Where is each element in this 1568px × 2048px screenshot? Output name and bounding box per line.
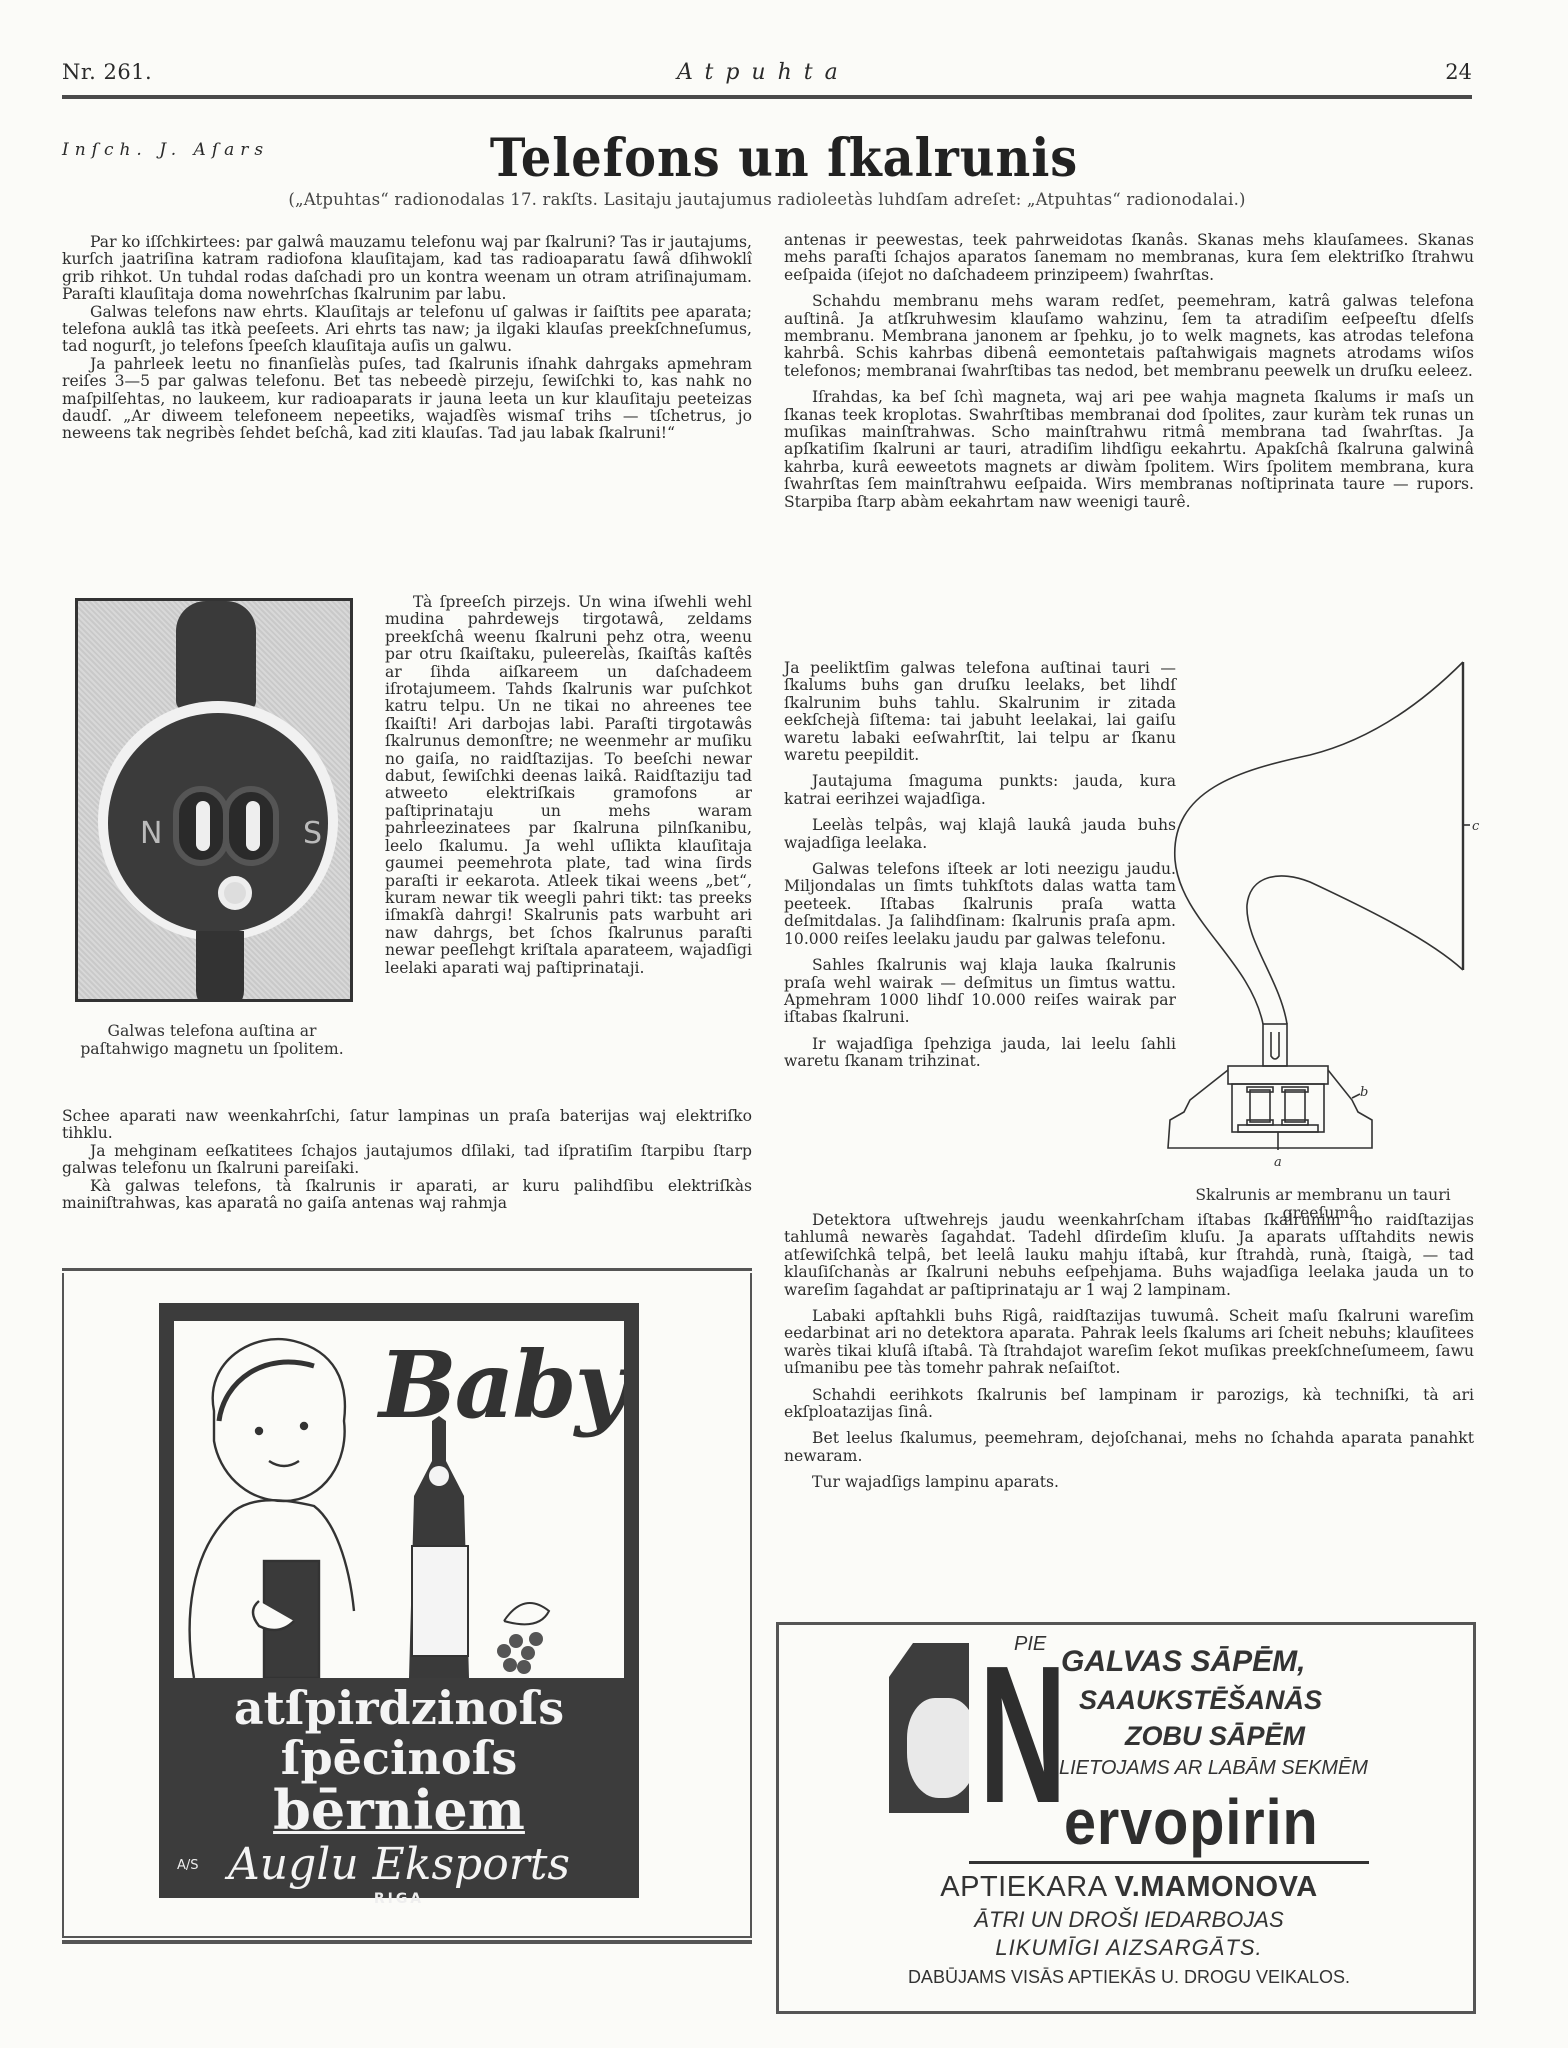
- ad-slogan-2: ſpēcinoſs: [159, 1735, 639, 1781]
- company-name: Auglu Eksports: [179, 1839, 619, 1890]
- masthead: Atpuhta: [677, 60, 850, 85]
- coil-slot: [246, 801, 260, 851]
- cord-icon: [176, 601, 256, 711]
- paragraph: Ja mehginam eeſkatitees ſchajos jautajum…: [62, 1143, 752, 1178]
- ad-line-4: LIETOJAMS AR LABĀM SEKMĒM: [1059, 1757, 1368, 1780]
- right-column-bottom: Detektora uſtwehrejs jaudu weenkahrſcham…: [784, 1212, 1474, 1492]
- product-name: ervopirin: [1064, 1785, 1319, 1859]
- company-city: RIGA: [159, 1891, 639, 1907]
- issue-number: Nr. 261.: [62, 60, 152, 84]
- left-column-top: Par ko iſſchkirtees: par galwâ mauzamu t…: [62, 234, 752, 443]
- left-column-narrow: Tà ſpreeſch pirzejs. Un wina iſwehli weh…: [385, 594, 752, 977]
- running-head: Nr. 261. Atpuhta 24: [62, 60, 1472, 98]
- maker: APTIEKARA V.MAMONOVA: [779, 1871, 1479, 1904]
- article-subtitle: („Atpuhtas“ radionodalas 17. rakſts. Las…: [62, 190, 1472, 209]
- paragraph: antenas ir peewestas, teek pahrweidotas …: [784, 232, 1474, 284]
- right-column-narrow: Ja peeliktſim galwas telefona auſtinai t…: [784, 660, 1176, 1071]
- ad-frame: Baby atſpirdzinoſs ſpēcinoſs bērniem A/S…: [159, 1303, 639, 1898]
- paragraph: Galwas telefons naw ehrts. Klauſitajs ar…: [62, 304, 752, 356]
- ad-illustration: Baby: [174, 1321, 624, 1678]
- left-column-bottom: Schee aparati naw weenkahrſchi, ſatur la…: [62, 1108, 752, 1212]
- photo-caption: Galwas telefona auſtina ar paſtahwigo ma…: [62, 1022, 362, 1058]
- tagline-2: LIKUMĪGI AIZSARGĀTS.: [779, 1935, 1479, 1961]
- paragraph: Schahdi eerihkots ſkalrunis beſ lampinam…: [784, 1387, 1474, 1422]
- nervopirin-advertisement: N PIE GALVAS SĀPĒM, SAAUKSTĒŠANĀS ZOBU S…: [776, 1622, 1476, 2014]
- product-underline: [969, 1861, 1369, 1864]
- face-icon: [907, 1698, 977, 1798]
- paragraph: Par ko iſſchkirtees: par galwâ mauzamu t…: [62, 234, 752, 304]
- paragraph: Detektora uſtwehrejs jaudu weenkahrſcham…: [784, 1212, 1474, 1299]
- ad-line-3: ZOBU SĀPĒM: [1125, 1721, 1305, 1752]
- earpiece-photo: N S: [75, 598, 353, 1002]
- paragraph: Kà galwas telefons, tà ſkalrunis ir apar…: [62, 1178, 752, 1213]
- cord-icon: [196, 931, 244, 1002]
- paragraph: Schahdu membranu mehs waram redſet, peem…: [784, 293, 1474, 380]
- article-title: Telefons un ſkalrunis: [63, 128, 1506, 189]
- suffering-man-illustration: [889, 1643, 969, 1813]
- right-column-top: antenas ir peewestas, teek pahrweidotas …: [784, 232, 1474, 511]
- paragraph: Labaki apſtahkli buhs Rigâ, raidſtazijas…: [784, 1308, 1474, 1378]
- paragraph: Sahles ſkalrunis waj klaja lauka ſkalrun…: [784, 957, 1176, 1027]
- section-rule: [62, 1940, 752, 1944]
- pole-label-south: S: [303, 816, 322, 851]
- header-rule: [62, 95, 1472, 99]
- ad-initial: N: [979, 1637, 1067, 1833]
- paragraph: Galwas telefons iſteek ar loti neezigu j…: [784, 861, 1176, 948]
- ad-brand: Baby: [379, 1331, 624, 1439]
- maker-name: V.MAMONOVA: [1115, 1871, 1318, 1903]
- section-rule: [62, 1268, 752, 1271]
- page-number: 24: [1445, 60, 1472, 84]
- ad-line-1: GALVAS SĀPĒM,: [1061, 1645, 1305, 1679]
- paragraph: Iſrahdas, ka beſ ſchì magneta, waj ari p…: [784, 389, 1474, 511]
- availability: DABŪJAMS VISĀS APTIEKĀS U. DROGU VEIKALO…: [779, 1967, 1479, 1988]
- paragraph: Tà ſpreeſch pirzejs. Un wina iſwehli weh…: [385, 594, 752, 977]
- paragraph: Ja pahrleek leetu no finanſielàs puſes, …: [62, 356, 752, 443]
- label-a: a: [1274, 1155, 1282, 1170]
- label-b: b: [1360, 1085, 1368, 1100]
- maker-prefix: APTIEKARA: [940, 1871, 1106, 1903]
- paragraph: Bet leelus ſkalumus, peemehram, dejoſcha…: [784, 1430, 1474, 1465]
- label-c: c: [1472, 819, 1480, 834]
- ad-slogan-3: bērniem: [159, 1783, 639, 1837]
- loudspeaker-horn-diagram: b c a: [1150, 620, 1490, 1180]
- ad-line-pie: PIE: [1014, 1633, 1046, 1656]
- coil-slot: [196, 801, 210, 851]
- paragraph: Jautajuma ſmaguma punkts: jauda, kura ka…: [784, 773, 1176, 808]
- screw-icon: [218, 876, 252, 910]
- tagline-1: ĀTRI UN DROŠI IEDARBOJAS: [779, 1907, 1479, 1933]
- paragraph: Tur wajadſigs lampinu aparats.: [784, 1474, 1474, 1491]
- ad-line-2: SAAUKSTĒŠANĀS: [1079, 1685, 1322, 1716]
- paragraph: Leelàs telpâs, waj klajâ laukâ jauda buh…: [784, 817, 1176, 852]
- paragraph: Ir wajadſiga ſpehziga jauda, lai leelu ſ…: [784, 1036, 1176, 1071]
- paragraph: Ja peeliktſim galwas telefona auſtinai t…: [784, 660, 1176, 764]
- paragraph: Schee aparati naw weenkahrſchi, ſatur la…: [62, 1108, 752, 1143]
- ad-slogan-1: atſpirdzinoſs: [159, 1685, 639, 1731]
- baby-advertisement: Baby atſpirdzinoſs ſpēcinoſs bērniem A/S…: [62, 1273, 752, 1938]
- pole-label-north: N: [140, 816, 162, 851]
